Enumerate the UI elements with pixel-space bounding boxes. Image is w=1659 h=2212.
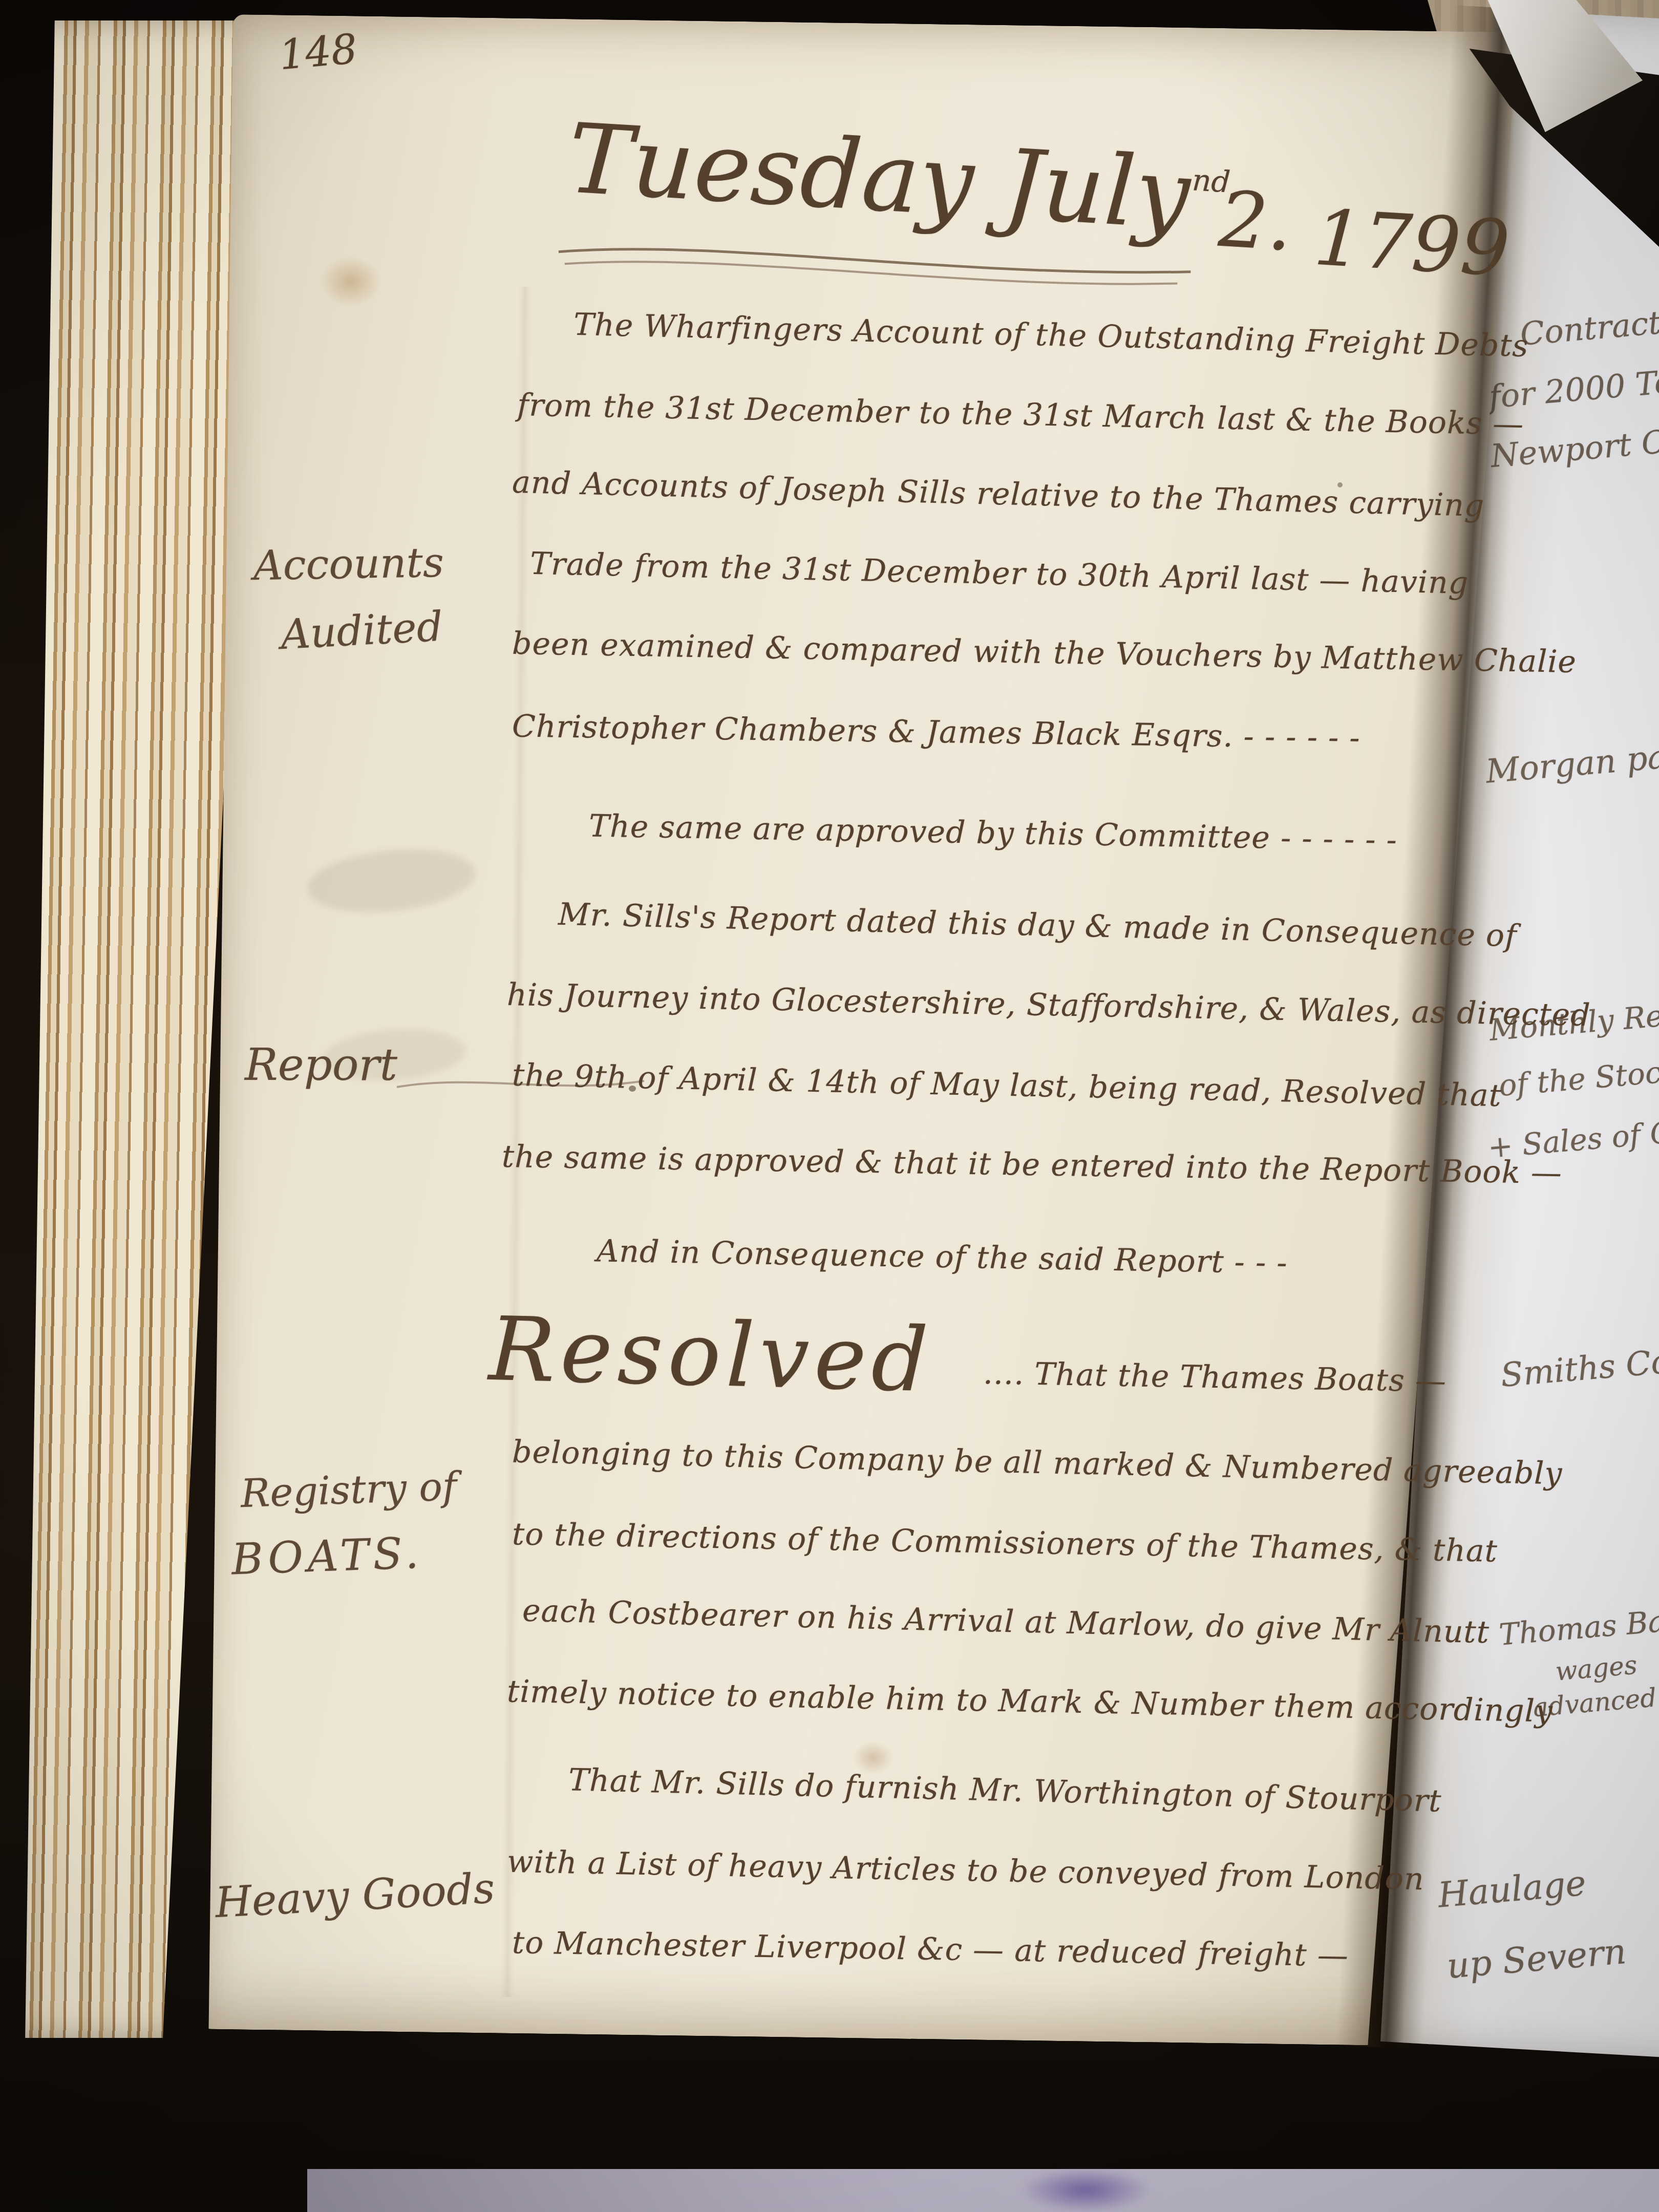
margin-note-boats: BOATS. — [230, 1528, 423, 1585]
table-edge-strip — [307, 2169, 1659, 2212]
resolved-heading: Resolved — [488, 1298, 934, 1412]
margin-note-report: Report — [245, 1039, 397, 1091]
photograph-of-minute-book: Contract for 2000 Tons Newport Coal Morg… — [0, 0, 1659, 2212]
margin-note-audited: Audited — [280, 603, 444, 658]
page-number: 148 — [277, 25, 359, 79]
heading-day-superscript: nd — [1191, 162, 1231, 199]
heading-year: 1799 — [1311, 194, 1512, 294]
right-margin-note-wages: wages — [1554, 1650, 1638, 1687]
right-margin-note-thomas-bagnall: Thomas Bagna — [1498, 1599, 1659, 1652]
right-margin-note-haulage: Haulage — [1436, 1863, 1587, 1916]
purple-reflection-blob — [1019, 2167, 1152, 2212]
right-margin-note-contract: Contract — [1519, 304, 1659, 353]
margin-note-registry-of: Registry of — [240, 1463, 458, 1517]
right-margin-note-morgan-parry: Morgan parry — [1484, 734, 1659, 791]
right-margin-note-of-the-stock: of the Stock — [1498, 1053, 1659, 1103]
margin-note-accounts: Accounts — [253, 539, 444, 589]
ink-stain — [320, 256, 381, 307]
right-margin-note-up-severn: up Severn — [1445, 1931, 1628, 1987]
right-margin-note-smiths-coal: Smiths Coal — [1499, 1341, 1659, 1395]
